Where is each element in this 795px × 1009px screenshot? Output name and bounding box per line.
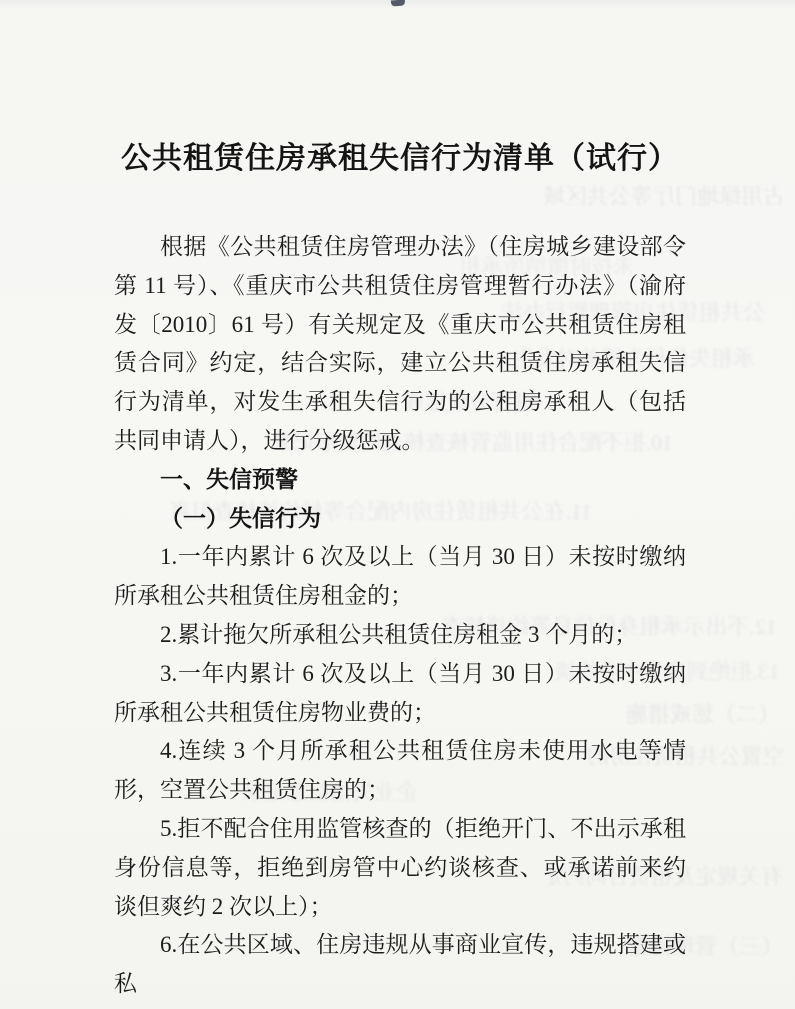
list-item-1: 1.一年内累计 6 次及以上（当月 30 日）未按时缴纳所承租公共租赁住房租金的…	[114, 538, 686, 616]
list-item-3: 3.一年内累计 6 次及以上（当月 30 日）未按时缴纳所承租公共租赁住房物业费…	[114, 655, 686, 733]
document-body: 公共租赁住房承租失信行为清单（试行） 根据《公共租赁住房管理办法》（住房城乡建设…	[114, 138, 686, 1004]
section-heading-1: 一、失信预警	[114, 461, 686, 500]
list-item-6: 6.在公共区域、住房违规从事商业宣传，违规搭建或私	[114, 926, 686, 1004]
list-item-2: 2.累计拖欠所承租公共租赁住房租金 3 个月的；	[114, 616, 686, 655]
list-item-4: 4.连续 3 个月所承租公共租赁住房未使用水电等情形，空置公共租赁住房的；	[114, 732, 686, 810]
document-title: 公共租赁住房承租失信行为清单（试行）	[114, 138, 686, 180]
intro-paragraph: 根据《公共租赁住房管理办法》（住房城乡建设部令第 11 号）、《重庆市公共租赁住…	[114, 228, 686, 461]
section-heading-1-1: （一）失信行为	[114, 500, 686, 539]
scanned-document-page: 占用绿地门厅等公共区域 未按时缴纳所承租 公共租赁住房管理暂行办法 承租失信行为…	[0, 0, 795, 1009]
binding-mark-icon	[391, 0, 405, 6]
list-item-5: 5.拒不配合住用监管核查的（拒绝开门、不出示承租身份信息等，拒绝到房管中心约谈核…	[114, 810, 686, 926]
